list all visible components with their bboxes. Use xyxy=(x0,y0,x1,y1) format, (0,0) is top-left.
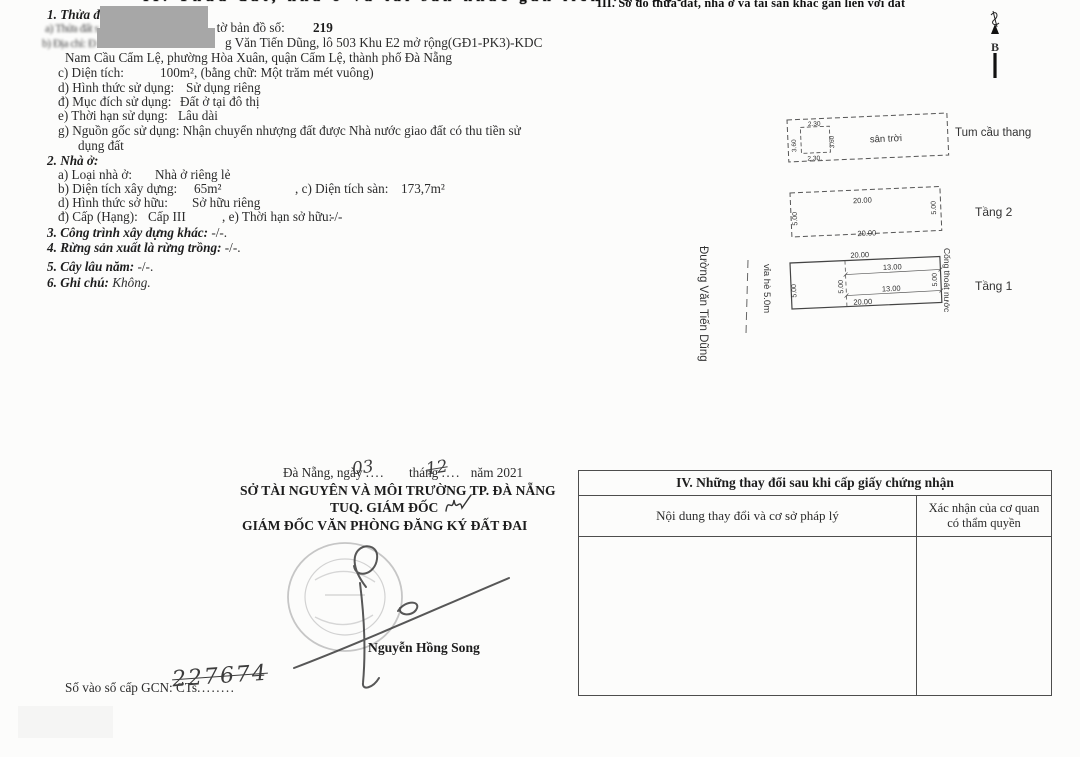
section1-a-garbled: a) Thửa đất s xyxy=(45,22,99,36)
use-form-label: d) Hình thức sử dụng: xyxy=(58,81,174,95)
redaction-box-bottom xyxy=(97,28,215,48)
dim-label: 3.60 xyxy=(829,135,837,148)
grade-value: Cấp III xyxy=(148,210,186,224)
dim-label: 20.00 xyxy=(853,297,872,307)
own-form-value: Sở hữu riêng xyxy=(192,196,260,210)
use-purpose-value: Đất ở tại đô thị xyxy=(180,95,260,109)
address-line2: Nam Cầu Cẩm Lệ, phường Hòa Xuân, quận Cẩ… xyxy=(65,51,452,65)
handwritten-month: 12 xyxy=(425,456,450,479)
section5-label: 5. Cây lâu năm: xyxy=(47,259,134,274)
floor2-plan: 20.00 5.00 5.00 20.00 xyxy=(790,186,942,240)
house-type-value: Nhà ở riêng lẻ xyxy=(155,168,230,182)
date-suffix: năm 2021 xyxy=(471,465,523,480)
sidewalk-label: vỉa hè 5.0m xyxy=(761,264,772,313)
signature-stroke xyxy=(294,546,509,687)
changes-col-content: Nội dung thay đổi và cơ sở pháp lý xyxy=(579,496,917,536)
dim-label: 2.30 xyxy=(808,121,821,129)
area-value: 100m², (bằng chữ: Một trăm mét vuông) xyxy=(160,66,374,80)
org-office: GIÁM ĐỐC VĂN PHÒNG ĐĂNG KÝ ĐẤT ĐAI xyxy=(242,519,527,533)
date-line: Đà Nẵng, ngày ....tháng ....năm 2021 xyxy=(283,466,523,480)
dim-label: 13.00 xyxy=(882,284,901,294)
build-area-label: b) Diện tích xây dựng: xyxy=(58,182,177,196)
dim-label: 5.00 xyxy=(838,280,846,294)
north-letter: B xyxy=(991,40,999,54)
section1-b-garbled: b) Địa chỉ: Đ xyxy=(42,37,96,51)
use-term-label: e) Thời hạn sử dụng: xyxy=(58,109,168,123)
section4-line: 4. Rừng sản xuất là rừng trồng: -/-. xyxy=(47,241,241,255)
org-name: SỞ TÀI NGUYÊN VÀ MÔI TRƯỜNG TP. ĐÀ NẴNG xyxy=(240,484,556,498)
own-term-label: , e) Thời hạn sở hữu: xyxy=(222,210,332,224)
section3-value: -/-. xyxy=(211,225,227,240)
floor-area-label: , c) Diện tích sàn: xyxy=(295,182,388,196)
use-form-value: Sử dụng riêng xyxy=(186,81,261,95)
floor1-plan: 20.00 13.00 5.00 5.00 5.00 13.00 20.00 xyxy=(790,247,944,310)
section4-value: -/-. xyxy=(225,240,241,255)
signer-name: Nguyễn Hồng Song xyxy=(368,641,480,655)
own-form-label: d) Hình thức sở hữu: xyxy=(58,196,168,210)
area-label: c) Diện tích: xyxy=(58,66,124,80)
floor1-title: Tầng 1 xyxy=(975,279,1013,293)
certificate-page: II. Thửa đất, nhà ở và tài sản khác gắn … xyxy=(0,0,1080,757)
section2-title: 2. Nhà ở: xyxy=(47,154,98,168)
changes-col-confirm: Xác nhận của cơ quan có thẩm quyền xyxy=(917,496,1051,536)
use-origin-text: g) Nguồn gốc sử dụng: Nhận chuyển nhượng… xyxy=(58,123,530,153)
section1-a-rest: , tờ bản đồ số: xyxy=(210,21,285,35)
section1-title: 1. Thửa đ xyxy=(47,8,100,22)
tum-title: Tum cầu thang xyxy=(955,127,1031,139)
section6-label: 6. Ghi chú: xyxy=(47,275,109,290)
dim-label: 20.00 xyxy=(853,195,872,205)
date-prefix: Đà Nẵng, ngày xyxy=(283,465,362,480)
dim-label: 5.00 xyxy=(930,201,938,215)
map-sheet-number: 219 xyxy=(313,21,333,35)
parcel-diagram: B 2.30 2,30. 3.60 3.60 sân trời Tum cầu … xyxy=(660,0,1080,380)
street-label: Đường Văn Tiến Dũng xyxy=(697,246,709,362)
dim-label: 20.00 xyxy=(850,250,869,260)
section6-line: 6. Ghi chú: Không. xyxy=(47,276,151,290)
section3-line: 3. Công trình xây dựng khác: -/-. xyxy=(47,226,227,240)
dim-label: 3.60 xyxy=(791,139,799,152)
floor-area-value: 173,7m² xyxy=(401,182,445,196)
sidewalk-divider xyxy=(746,260,748,334)
dim-label: 2,30. xyxy=(807,155,822,163)
build-area-value: 65m² xyxy=(194,182,221,196)
changes-table-body xyxy=(579,537,1051,695)
changes-table: IV. Những thay đổi sau khi cấp giấy chứn… xyxy=(578,470,1052,696)
own-term-value: -/- xyxy=(330,210,342,224)
dim-label: 5.00 xyxy=(791,284,799,298)
dim-label: 20.00 xyxy=(857,228,876,238)
grade-label: đ) Cấp (Hạng): xyxy=(58,210,138,224)
floor2-title: Tầng 2 xyxy=(975,205,1013,219)
section5-line: 5. Cây lâu năm: -/-. xyxy=(47,260,153,274)
dim-label: 5.00 xyxy=(792,212,800,226)
section5-value: -/-. xyxy=(138,259,154,274)
house-type-label: a) Loại nhà ở: xyxy=(58,168,132,182)
dim-label: 5.00 xyxy=(932,273,940,287)
stamp-icon xyxy=(288,543,402,651)
section6-value: Không. xyxy=(112,275,150,290)
org-role: TUQ. GIÁM ĐỐC xyxy=(330,501,438,515)
dim-label: 13.00 xyxy=(883,262,902,272)
section3-label: 3. Công trình xây dựng khác: xyxy=(47,225,208,240)
changes-cell-confirm xyxy=(917,537,1051,695)
scan-artifact xyxy=(18,706,113,738)
north-arrow-icon: B xyxy=(991,11,999,78)
tum-plan: 2.30 2,30. 3.60 3.60 sân trời xyxy=(787,113,949,163)
room-label: sân trời xyxy=(870,133,903,145)
stamp-and-signature xyxy=(230,535,550,705)
changes-table-title: IV. Những thay đổi sau khi cấp giấy chứn… xyxy=(579,471,1051,496)
section4-label: 4. Rừng sản xuất là rừng trồng: xyxy=(47,240,221,255)
tuq-flourish xyxy=(444,493,474,517)
changes-cell-content xyxy=(579,537,917,695)
address-line1: g Văn Tiến Dũng, lô 503 Khu E2 mở rộng(G… xyxy=(225,36,542,50)
handwritten-day: 03 xyxy=(351,457,375,479)
drain-label: Cống thoát nước xyxy=(942,248,952,313)
use-purpose-label: đ) Mục đích sử dụng: xyxy=(58,95,171,109)
use-term-value: Lâu dài xyxy=(178,109,218,123)
changes-table-header-row: Nội dung thay đổi và cơ sở pháp lý Xác n… xyxy=(579,496,1051,537)
